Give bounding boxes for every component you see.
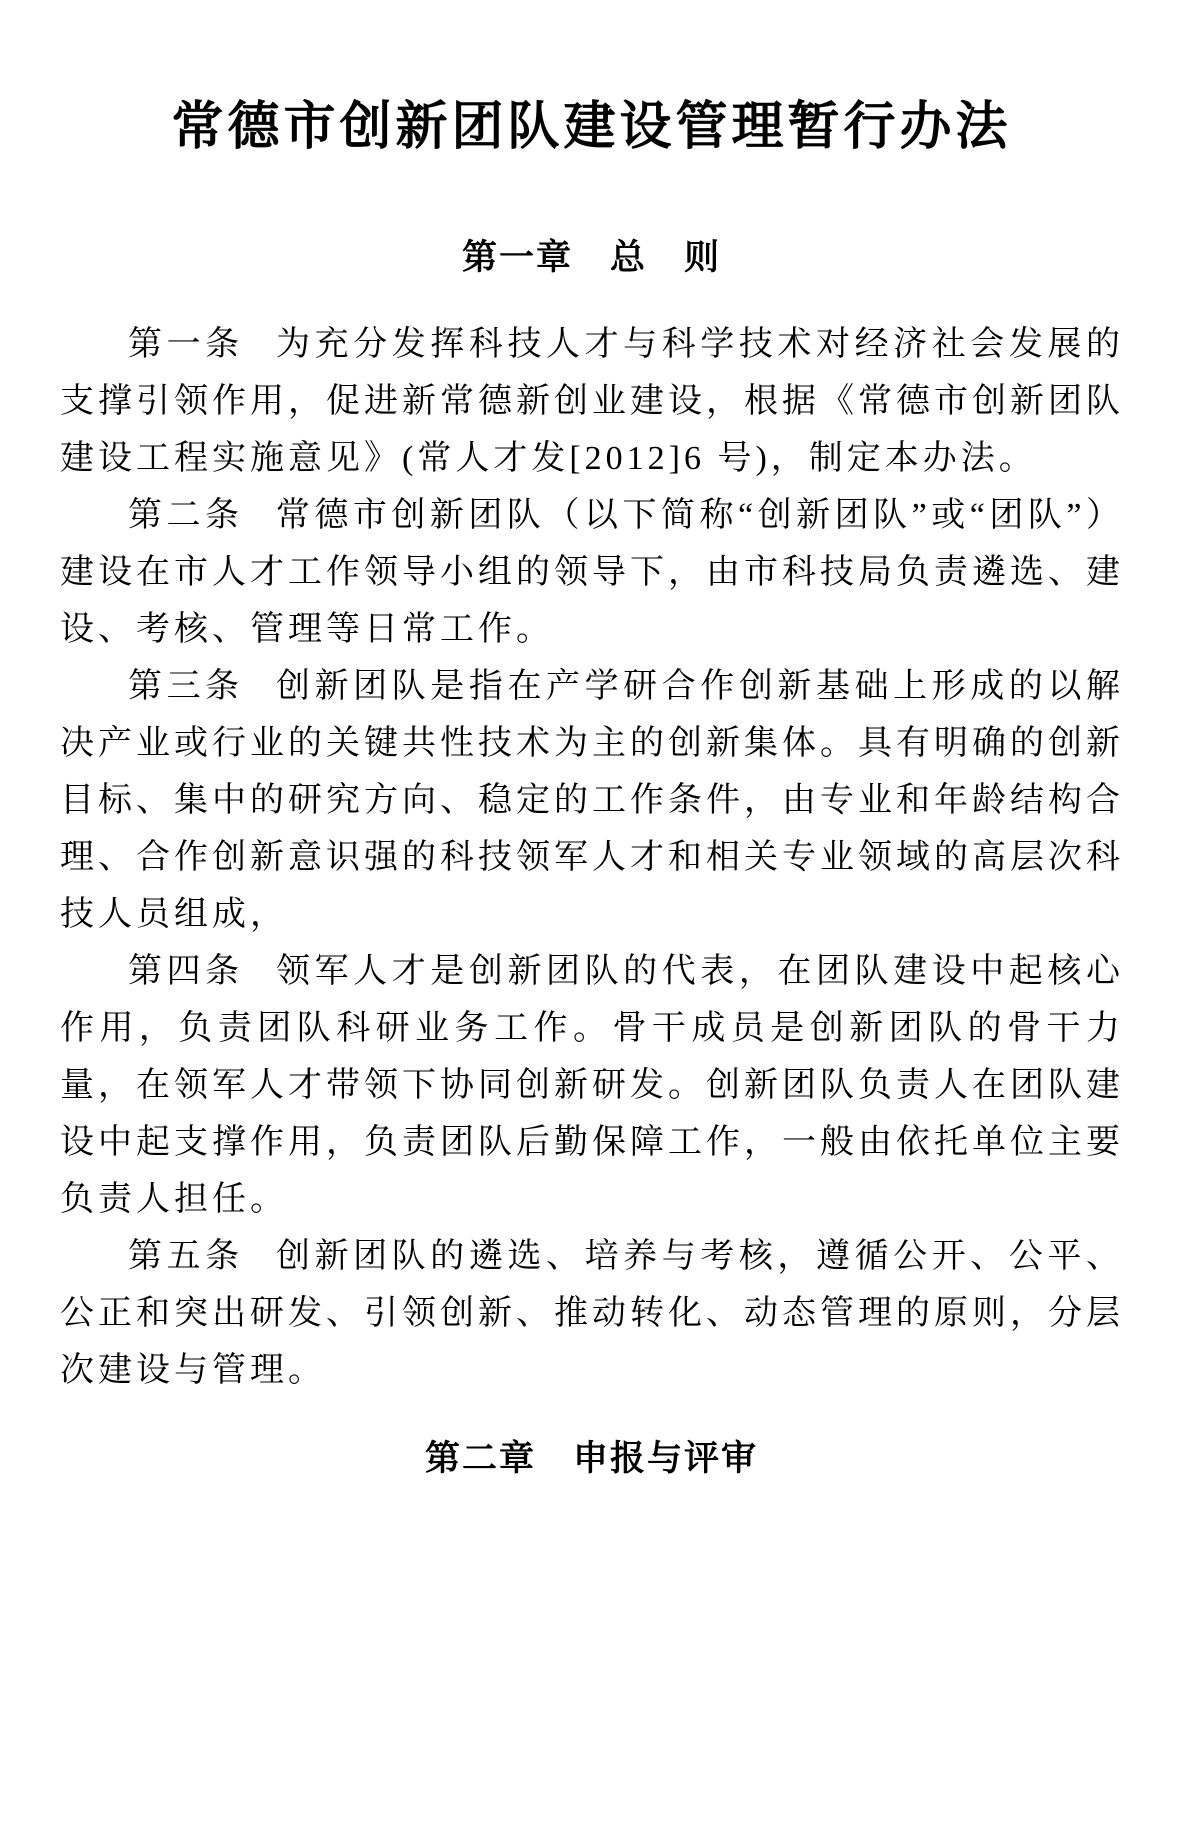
- article-5-label: 第五条: [128, 1238, 244, 1275]
- article-1: 第一条为充分发挥科技人才与科学技术对经济社会发展的支撑引领作用，促进新常德新创业…: [60, 316, 1124, 487]
- article-3: 第三条创新团队是指在产学研合作创新基础上形成的以解决产业或行业的关键共性技术为主…: [60, 658, 1124, 943]
- article-2-label: 第二条: [128, 497, 244, 534]
- document-title: 常德市创新团队建设管理暂行办法: [0, 0, 1183, 162]
- article-1-label: 第一条: [128, 326, 244, 363]
- article-2: 第二条常德市创新团队（以下简称“创新团队”或“团队”）建设在市人才工作领导小组的…: [60, 487, 1124, 658]
- article-4: 第四条领军人才是创新团队的代表，在团队建设中起核心作用，负责团队科研业务工作。骨…: [60, 943, 1124, 1228]
- article-4-label: 第四条: [128, 953, 244, 990]
- article-5: 第五条创新团队的遴选、培养与考核，遵循公开、公平、公正和突出研发、引领创新、推动…: [60, 1228, 1124, 1399]
- document-page: 常德市创新团队建设管理暂行办法 第一章 总 则 第一条为充分发挥科技人才与科学技…: [0, 0, 1183, 1827]
- document-body: 第一条为充分发挥科技人才与科学技术对经济社会发展的支撑引领作用，促进新常德新创业…: [60, 316, 1124, 1399]
- article-4-text: 领军人才是创新团队的代表，在团队建设中起核心作用，负责团队科研业务工作。骨干成员…: [60, 953, 1124, 1218]
- article-3-label: 第三条: [128, 668, 244, 705]
- chapter-1-heading: 第一章 总 则: [0, 230, 1183, 280]
- chapter-2-heading: 第二章 申报与评审: [0, 1431, 1183, 1481]
- article-3-text: 创新团队是指在产学研合作创新基础上形成的以解决产业或行业的关键共性技术为主的创新…: [60, 668, 1124, 933]
